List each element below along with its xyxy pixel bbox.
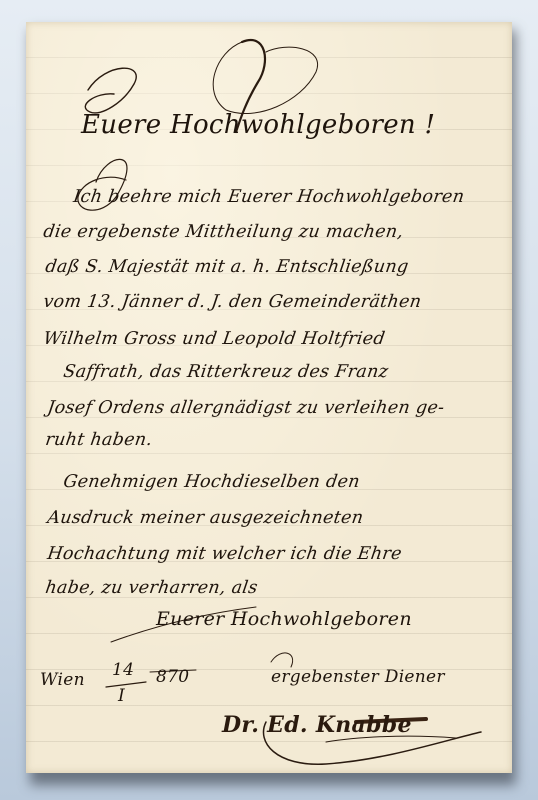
closing: Euerer Hochwohlgeboren — [156, 608, 412, 630]
body-line: vom 13. Jänner d. J. den Gemeinderäthen — [42, 292, 423, 312]
body-line: Hochachtung mit welcher ich die Ehre — [46, 544, 403, 564]
date-day: 14 — [112, 660, 134, 680]
body-line: Ich beehre mich Euerer Hochwohlgeboren — [72, 187, 466, 207]
date-year: 870 — [156, 667, 189, 687]
body-line: die ergebenste Mittheilung zu machen, — [42, 222, 405, 242]
body-line: Ausdruck meiner ausgezeichneten — [46, 508, 365, 528]
body-line: ruht haben. — [44, 430, 154, 450]
body-line: Saffrath, das Ritterkreuz des Franz — [62, 362, 390, 382]
place: Wien — [40, 670, 85, 690]
body-line: Genehmigen Hochdieselben den — [62, 472, 361, 492]
date-month: I — [118, 686, 125, 706]
letter-page: Euere Hochwohlgeboren ! Ich beehre mich … — [26, 22, 512, 773]
complimentary-close: ergebenster Diener — [271, 667, 445, 687]
signature: Dr. Ed. Knabbe — [222, 712, 412, 738]
body-line: habe, zu verharren, als — [44, 578, 259, 598]
body-line: daß S. Majestät mit a. h. Entschließung — [44, 257, 410, 277]
body-line: Wilhelm Gross und Leopold Holtfried — [42, 329, 386, 349]
salutation: Euere Hochwohlgeboren ! — [81, 110, 435, 140]
body-line: Josef Ordens allergnädigst zu verleihen … — [46, 398, 446, 418]
